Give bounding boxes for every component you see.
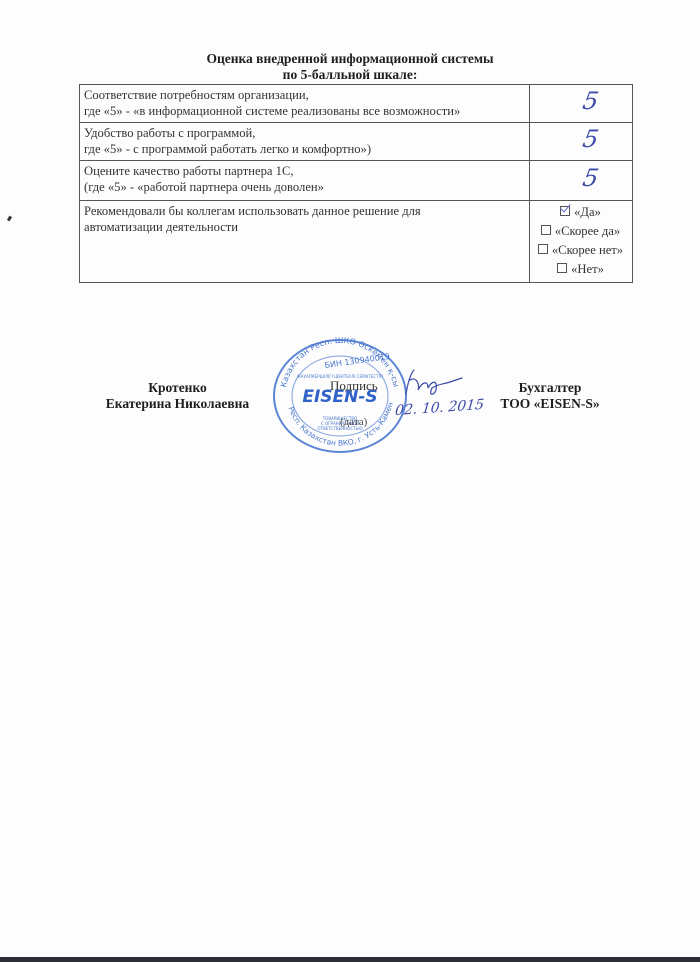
option-no[interactable]: «Нет» <box>534 260 627 279</box>
question-cell: Рекомендовали бы коллегам использовать д… <box>80 201 530 283</box>
question-note: где «5» - с программой работать легко и … <box>84 141 524 157</box>
question-note: где «5» - «в информационной системе реал… <box>84 103 524 119</box>
signer-name: Кротенко Екатерина Николаевна <box>100 380 255 412</box>
title-line-1: Оценка внедренной информационной системы <box>0 51 700 67</box>
checkbox-icon[interactable] <box>538 244 548 254</box>
survey-row: Оцените качество работы партнера 1С, (гд… <box>80 161 633 201</box>
signer-role: Бухгалтер <box>475 380 625 396</box>
scan-bottom-edge <box>0 957 700 962</box>
score-cell[interactable]: 5 <box>530 161 633 201</box>
question-text: Соответствие потребностям организации, <box>84 87 524 103</box>
scan-speck <box>7 216 12 222</box>
question-cell: Оцените качество работы партнера 1С, (гд… <box>80 161 530 201</box>
svg-text:БИН 130940019: БИН 130940019 <box>324 352 390 370</box>
survey-row: Соответствие потребностям организации, г… <box>80 85 633 123</box>
checkbox-icon[interactable] <box>557 263 567 273</box>
option-label: «Да» <box>574 205 601 219</box>
question-text: Рекомендовали бы коллегам использовать д… <box>84 203 524 219</box>
signer-surname: Кротенко <box>100 380 255 396</box>
document-title: Оценка внедренной информационной системы… <box>0 51 700 83</box>
signer-company: ТОО «EISEN-S» <box>475 396 625 412</box>
survey-table: Соответствие потребностям организации, г… <box>79 84 633 283</box>
handwritten-score: 5 <box>581 131 599 147</box>
checkbox-checked-icon[interactable] <box>560 206 570 216</box>
question-text: Удобство работы с программой, <box>84 125 524 141</box>
option-label: «Нет» <box>571 262 604 276</box>
question-cell: Удобство работы с программой, где «5» - … <box>80 123 530 161</box>
handwritten-score: 5 <box>581 170 599 186</box>
question-cell: Соответствие потребностям организации, г… <box>80 85 530 123</box>
signature-label: Подпись <box>330 378 378 394</box>
handwritten-score: 5 <box>581 93 599 109</box>
score-cell[interactable]: 5 <box>530 123 633 161</box>
signer-given-names: Екатерина Николаевна <box>100 396 255 412</box>
question-text: Оцените качество работы партнера 1С, <box>84 163 524 179</box>
handwritten-signature-icon <box>398 366 468 402</box>
date-label: (дата) <box>340 416 367 428</box>
score-cell[interactable]: 5 <box>530 85 633 123</box>
question-note: (где «5» - «работой партнера очень довол… <box>84 179 524 195</box>
survey-row: Удобство работы с программой, где «5» - … <box>80 123 633 161</box>
option-yes[interactable]: «Да» <box>534 203 627 222</box>
option-label: «Скорее да» <box>555 224 620 238</box>
title-line-2: по 5-балльной шкале: <box>0 67 700 83</box>
survey-row: Рекомендовали бы коллегам использовать д… <box>80 201 633 283</box>
option-label: «Скорее нет» <box>552 243 623 257</box>
checkbox-icon[interactable] <box>541 225 551 235</box>
signer-position: Бухгалтер ТОО «EISEN-S» <box>475 380 625 412</box>
question-note: автоматизации деятельности <box>84 219 524 235</box>
option-rather-no[interactable]: «Скорее нет» <box>534 241 627 260</box>
option-rather-yes[interactable]: «Скорее да» <box>534 222 627 241</box>
recommend-options: «Да» «Скорее да» «Скорее нет» «Нет» <box>530 201 633 283</box>
company-stamp-icon: Казахстан Респ. ШКО Өскемен қ-сы Респ. К… <box>265 336 415 454</box>
